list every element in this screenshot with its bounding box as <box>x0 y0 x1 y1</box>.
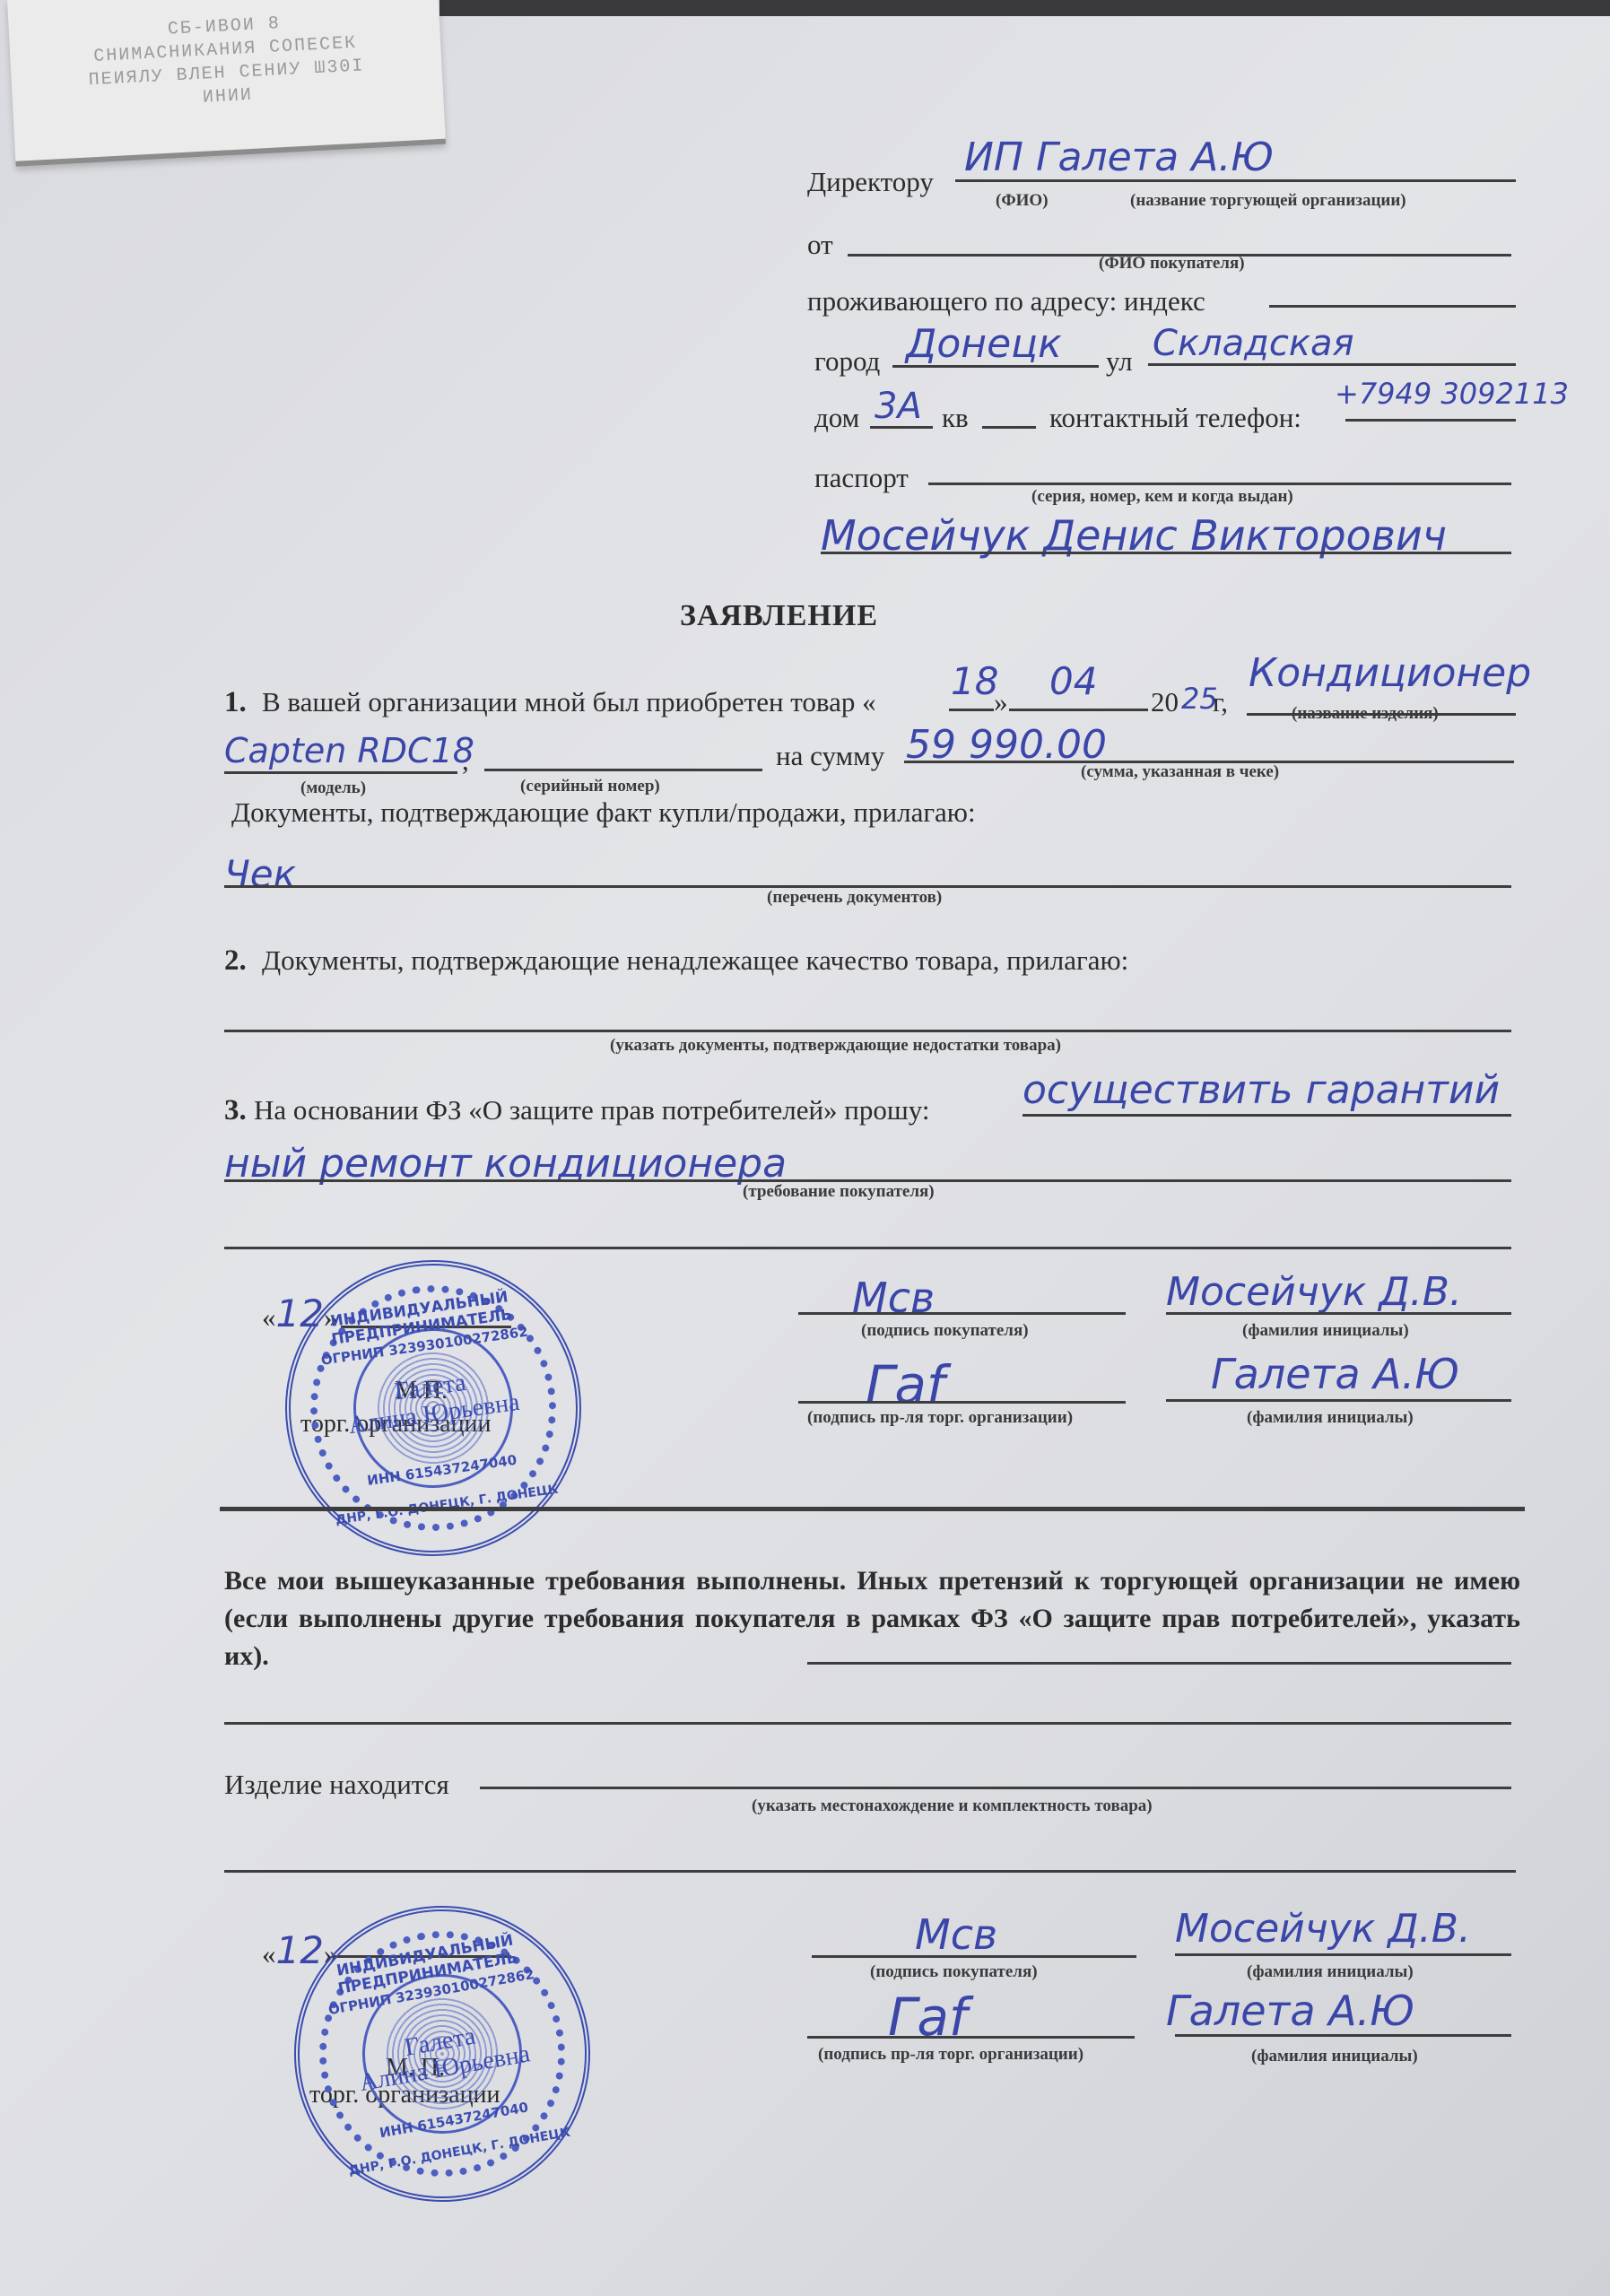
name2-hint-2: (фамилия инициалы) <box>1251 2047 1418 2066</box>
name2-hint: (фамилия инициалы) <box>1247 1962 1414 1982</box>
buyer-fullname-line <box>821 552 1511 554</box>
address-label: проживающего по адресу: индекс <box>807 285 1205 317</box>
comma: , <box>462 744 469 777</box>
section3-number: 3. <box>224 1094 247 1127</box>
location-line-2 <box>224 1870 1516 1873</box>
seller-sign2-hint: (подпись пр-ля торг. организации) <box>818 2045 1083 2065</box>
section3-extra-line <box>224 1247 1511 1249</box>
buyer-sign2-hint: (подпись покупателя) <box>870 1962 1038 1982</box>
street-value: Складская <box>1153 323 1354 364</box>
street-line <box>1148 363 1516 366</box>
final-claims-line-2 <box>224 1722 1511 1725</box>
year-prefix: 20 <box>1151 686 1179 718</box>
phone-value: +7949 3092113 <box>1335 377 1569 411</box>
location-hint: (указать местонахождение и комплектность… <box>752 1796 1153 1816</box>
request-line1-underline <box>1023 1114 1511 1117</box>
section1-text: В вашей организации мной был приобретен … <box>262 686 876 718</box>
product-hint: (название изделия) <box>1292 704 1439 724</box>
month-line <box>1009 709 1148 711</box>
sum-hint: (сумма, указанная в чеке) <box>1081 762 1279 782</box>
house-label: дом <box>814 402 859 434</box>
section3-text: На основании ФЗ «О защите прав потребите… <box>254 1094 929 1126</box>
apt-line <box>982 426 1036 429</box>
model-line <box>224 771 457 774</box>
section1-number: 1. <box>224 686 247 719</box>
passport-label: паспорт <box>814 462 909 494</box>
city-label: город <box>814 345 880 378</box>
passport-line <box>928 483 1511 485</box>
seller-name2: Галета А.Ю <box>1166 1987 1414 2035</box>
director-hint-fio: (ФИО) <box>996 191 1049 211</box>
seller-sign2-line <box>807 2036 1135 2039</box>
location-line <box>480 1787 1511 1789</box>
director-hint-org: (название торгующей организации) <box>1130 191 1406 211</box>
document-title: ЗАЯВЛЕНИЕ <box>680 599 878 633</box>
seller-sign1-hint: (подпись пр-ля торг. организации) <box>807 1408 1073 1428</box>
section2-line <box>224 1030 1511 1032</box>
final-claims-line <box>807 1662 1511 1665</box>
from-hint: (ФИО покупателя) <box>1099 254 1245 274</box>
director-line <box>955 179 1516 182</box>
buyer-sign1-hint: (подпись покупателя) <box>861 1321 1029 1341</box>
buyer-name1: Мосейчук Д.В. <box>1166 1269 1462 1315</box>
day-line <box>949 709 994 711</box>
section2-number: 2. <box>224 944 247 978</box>
section3-hint: (требование покупателя) <box>743 1182 935 1202</box>
background-edge <box>439 0 1610 16</box>
final-paragraph: Все мои вышеуказанные требования выполне… <box>224 1562 1520 1675</box>
house-value: 3А <box>875 386 922 427</box>
document-page: СБ-ИВОИ 8 СНИМАСНИКАНИЯ СОПЕСЕК ПЕИЯЛУ В… <box>0 0 1610 2296</box>
docs-value: Чек <box>224 852 296 896</box>
buyer-name2-line <box>1175 1953 1511 1956</box>
phone-line <box>1345 419 1516 422</box>
section2-text: Документы, подтверждающие ненадлежащее к… <box>262 944 1128 977</box>
separator-line <box>220 1507 1525 1511</box>
from-label: от <box>807 229 833 261</box>
index-line <box>1269 305 1516 308</box>
serial-line <box>484 769 762 771</box>
buyer-name1-line <box>1166 1312 1511 1315</box>
year-g: г, <box>1213 686 1228 718</box>
location-label: Изделие находится <box>224 1769 449 1801</box>
name1-hint: (фамилия инициалы) <box>1242 1321 1409 1341</box>
docs-hint: (перечень документов) <box>767 888 942 908</box>
seller-name1: Галета А.Ю <box>1211 1350 1459 1398</box>
city-line <box>892 365 1099 368</box>
buyer-name2: Мосейчук Д.В. <box>1175 1906 1471 1952</box>
passport-hint: (серия, номер, кем и когда выдан) <box>1031 487 1293 507</box>
model-hint: (модель) <box>300 778 366 798</box>
house-line <box>870 426 933 429</box>
day-close-quote: » <box>994 686 1008 718</box>
sum-label: на сумму <box>776 740 884 772</box>
phone-label: контактный телефон: <box>1049 402 1301 434</box>
buyer-sign1-line <box>798 1312 1126 1315</box>
city-value: Донецк <box>906 321 1062 367</box>
director-label: Директору <box>807 166 934 198</box>
section2-hint: (указать документы, подтверждающие недос… <box>610 1036 1061 1056</box>
street-label: ул <box>1106 345 1133 378</box>
apt-label: кв <box>942 402 969 434</box>
buyer-sign2-line <box>812 1955 1136 1958</box>
request-line1: осуществить гарантий <box>1023 1067 1500 1113</box>
purchase-day: 18 <box>951 659 998 703</box>
purchase-month: 04 <box>1049 659 1097 703</box>
docs-label: Документы, подтверждающие факт купли/про… <box>231 796 976 829</box>
receipt-scrap: СБ-ИВОИ 8 СНИМАСНИКАНИЯ СОПЕСЕК ПЕИЯЛУ В… <box>7 0 446 167</box>
seller-name1-line <box>1166 1399 1511 1402</box>
model-value: Capten RDC18 <box>224 731 474 770</box>
seller-signature1: Гаf <box>866 1354 944 1415</box>
director-value: ИП Галета А.Ю <box>964 135 1274 180</box>
seller-name2-line <box>1175 2034 1511 2037</box>
buyer-signature2: Мсв <box>915 1910 997 1959</box>
name1-hint-2: (фамилия инициалы) <box>1247 1408 1414 1428</box>
product-name: Кондиционер <box>1249 650 1531 696</box>
seller-sign1-line <box>798 1401 1126 1404</box>
serial-hint: (серийный номер) <box>520 777 660 796</box>
